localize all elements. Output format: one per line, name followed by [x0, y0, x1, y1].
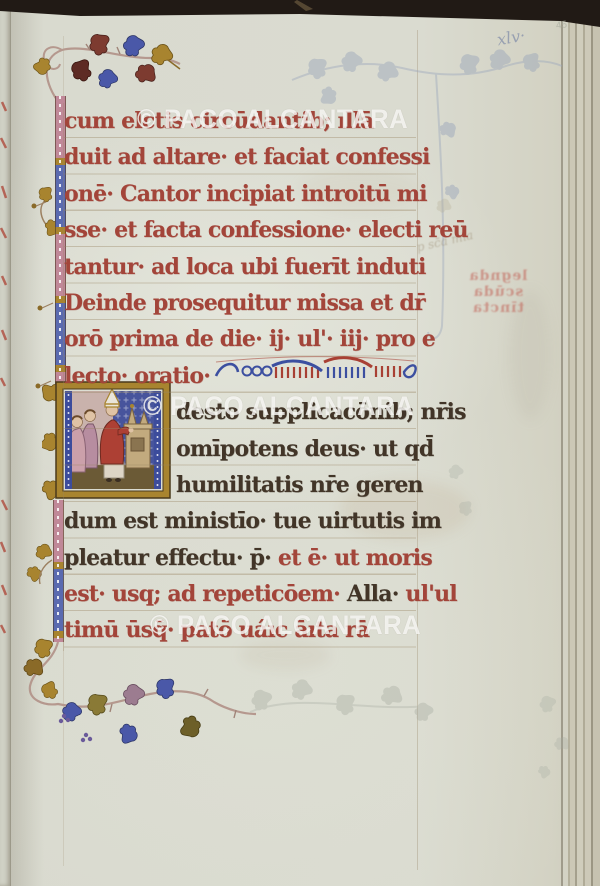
text-line: Deinde prosequitur missa et dr̄ — [64, 285, 416, 321]
text-segment: ul'ul — [405, 581, 456, 607]
text-segment: humilitatis nr̄e geren — [176, 472, 423, 498]
text-line: tantur· ad loca ubi fuerīt induti — [64, 249, 416, 285]
bottom-vine — [21, 637, 256, 747]
text-segment: Alla· — [347, 581, 406, 607]
text-segment: Deinde prosequitur missa et dr̄ — [64, 290, 425, 316]
page-edge-text-fragment — [1, 102, 7, 633]
top-vine — [32, 32, 180, 104]
text-segment: sse· et facta confessione· electi reū — [64, 217, 468, 243]
text-line: orō prima de die· ij· ul'· iij· pro e — [64, 321, 416, 357]
text-segment: omīpotens deus· ut qd̄ — [176, 436, 433, 462]
text-segment: et ē· ut moris — [278, 545, 432, 571]
text-line: sse· et facta confessione· electi reū — [64, 212, 416, 248]
text-line: omīpotens deus· ut qd̄ — [64, 431, 416, 467]
text-line: dum est ministīo· tue uirtutis im — [64, 503, 416, 539]
text-line: pleatur effectu· p̄· et ē· ut moris — [64, 540, 416, 576]
text-segment: pleatur effectu· p̄· — [64, 545, 278, 571]
text-line: onē· Cantor incipiat introitū mi — [64, 176, 416, 212]
text-segment: duit ad altare· et faciat confessi — [64, 144, 430, 170]
text-line: lecto· oratio· — [64, 358, 416, 394]
bar-border-bottom — [53, 500, 64, 642]
text-segment: orō prima de die· ij· ul'· iij· pro e — [64, 326, 435, 352]
watermark: © PACO ALCANTARA — [137, 104, 408, 135]
text-segment: lecto· oratio· — [64, 363, 210, 389]
text-segment: tantur· ad loca ubi fuerīt induti — [64, 254, 426, 280]
manuscript-photo: cum elctis circūdantib; ıllāduit ad alta… — [0, 0, 600, 886]
pencil-number: 45 — [555, 19, 568, 31]
text-segment: est· usq; ad repeticōem· — [64, 581, 347, 607]
text-segment: dum est ministīo· tue uirtutis im — [64, 508, 441, 534]
watermark: © PACO ALCANTARA — [150, 610, 421, 641]
text-segment: onē· Cantor incipiat introitū mi — [64, 181, 427, 207]
text-line: est· usq; ad repeticōem· Alla· ul'ul — [64, 576, 416, 612]
text-line: duit ad altare· et faciat confessi — [64, 139, 416, 175]
text-line: humilitatis nr̄e geren — [64, 467, 416, 503]
watermark: © PACO ALCANTARA — [143, 391, 414, 422]
text-block: cum elctis circūdantib; ıllāduit ad alta… — [64, 103, 416, 651]
